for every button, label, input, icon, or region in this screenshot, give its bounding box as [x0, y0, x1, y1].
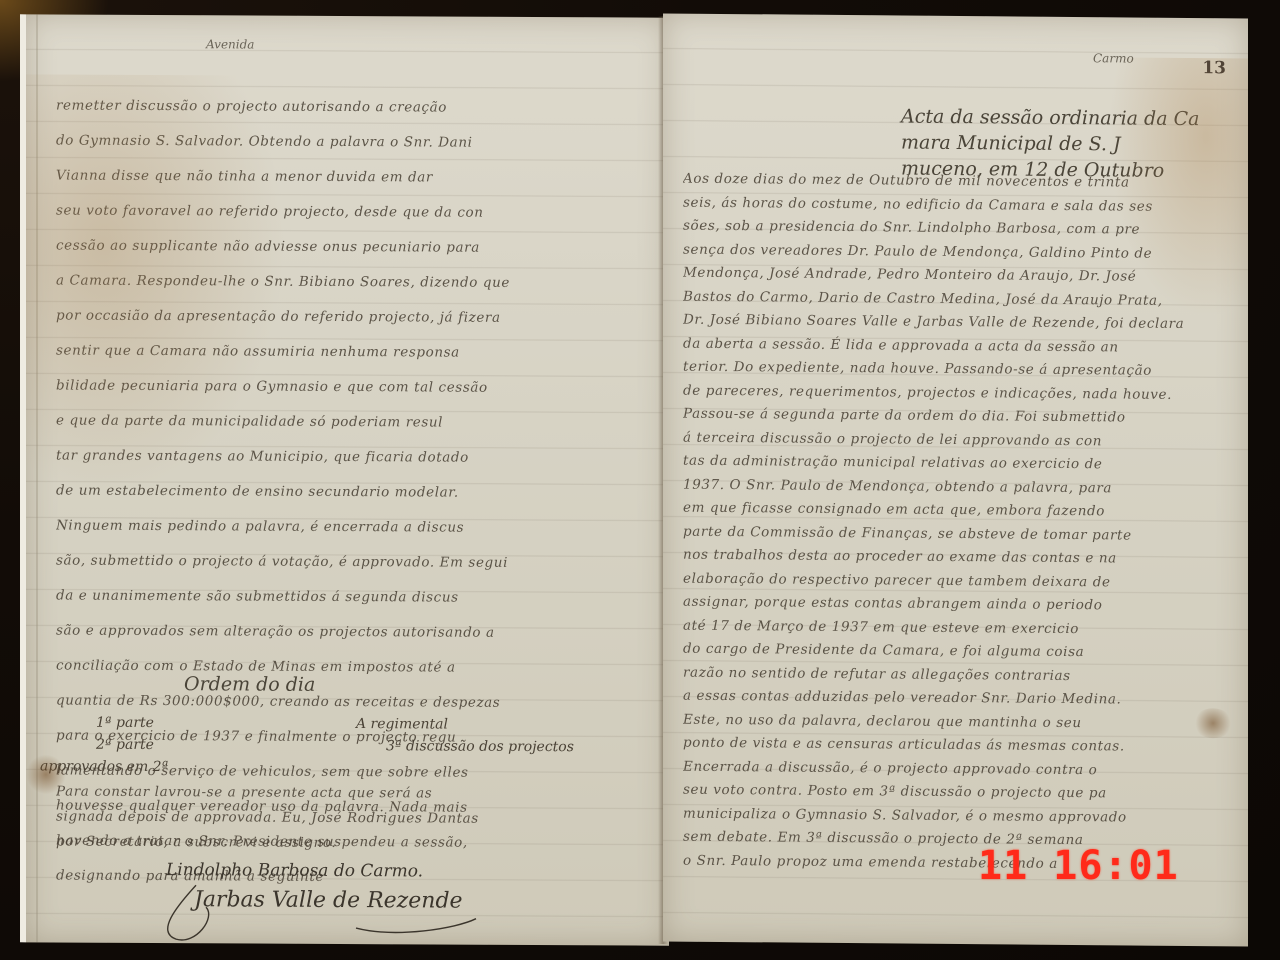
ordem-part-1-item: A regimental: [356, 716, 448, 732]
text-line: conciliação com o Estado de Minas em imp…: [56, 648, 656, 686]
text-line: são, submettido o projecto á votação, é …: [56, 543, 656, 581]
text-line: do Gymnasio S. Salvador. Obtendo a palav…: [56, 123, 656, 161]
text-line: seu voto favoravel ao referido projecto,…: [56, 193, 656, 231]
ink-stain: [1193, 708, 1233, 738]
text-line: são e approvados sem alteração os projec…: [56, 613, 656, 651]
text-line: de um estabelecimento de ensino secundar…: [56, 473, 656, 511]
right-page-body: Aos doze dias do mez de Outubro de mil n…: [683, 168, 1243, 878]
text-line: cessão ao supplicante não adviesse onus …: [56, 228, 656, 266]
right-page: Carmo 13 Acta da sessão ordinaria da Ca …: [663, 13, 1248, 946]
right-pencil-note: Carmo: [1093, 51, 1134, 65]
signature-flourish-icon: [156, 877, 496, 949]
ink-stain: [26, 754, 66, 794]
left-page: Avenida remetter discussão o projecto au…: [20, 14, 669, 945]
text-line: bilidade pecuniaria para o Gymnasio e qu…: [56, 368, 656, 406]
text-line: remetter discussão o projecto autorisand…: [56, 88, 656, 126]
ordem-part-2-item: 3ª discussão dos projectos: [386, 738, 574, 755]
ordem-do-dia-heading: Ordem do dia: [184, 673, 315, 696]
closing-paragraph: Para constar lavrou-se a presente acta q…: [56, 774, 656, 862]
ordem-part-1-label: 1ª parte: [96, 715, 154, 731]
text-line: e que da parte da municipalidade só pode…: [56, 403, 656, 441]
text-line: Ninguem mais pedindo a palavra, é encerr…: [56, 508, 656, 546]
text-line: tar grandes vantagens ao Municipio, que …: [56, 438, 656, 476]
left-pencil-note: Avenida: [206, 37, 254, 51]
ordem-part-2-label: 2ª parte: [96, 737, 154, 753]
page-number: 13: [1202, 58, 1226, 78]
open-ledger-book: Avenida remetter discussão o projecto au…: [20, 16, 1272, 944]
text-line: a Camara. Respondeu-lhe o Snr. Bibiano S…: [56, 263, 656, 301]
text-line: por occasião da apresentação do referido…: [56, 298, 656, 336]
camera-timestamp-overlay: 11 16:01: [978, 843, 1179, 889]
text-line: da e unanimemente são submettidos á segu…: [56, 578, 656, 616]
text-line: Vianna disse que não tinha a menor duvid…: [56, 158, 656, 196]
title-line: mara Municipal de S. J: [901, 130, 1221, 159]
text-line: sentir que a Camara não assumiria nenhum…: [56, 333, 656, 371]
title-line: Acta da sessão ordinaria da Ca: [901, 104, 1221, 133]
